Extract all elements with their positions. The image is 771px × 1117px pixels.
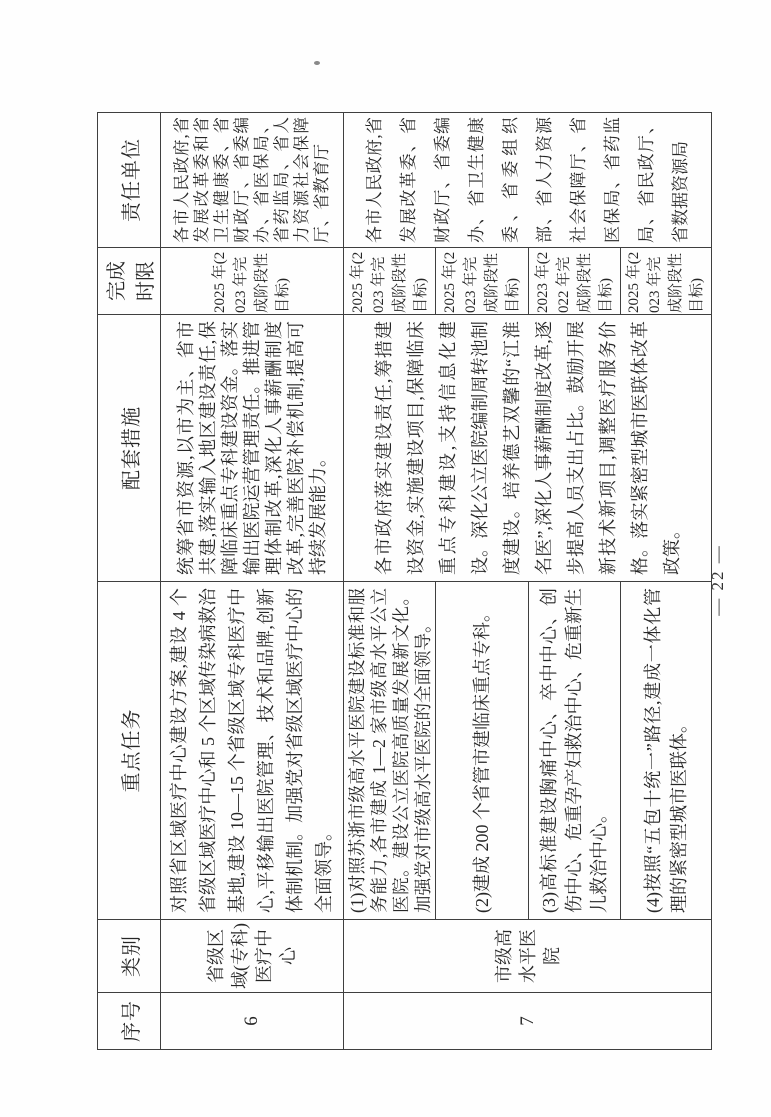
cell-deadline-6: 2025 年(2023 年完成阶段性目标) bbox=[161, 248, 344, 315]
col-header-serial: 序号 bbox=[98, 993, 161, 1050]
col-header-deadline: 完成时限 bbox=[98, 248, 161, 315]
cell-measures-7: 各市政府落实建设责任,筹措建设资金,实施建设项目,保障临床重点专科建设,支持信息… bbox=[344, 315, 712, 582]
header-row: 序号 类别 重点任务 配套措施 完成时限 责任单位 bbox=[98, 113, 161, 1050]
cell-deadline-7-4: 2025 年(2023 年完成阶段性目标) bbox=[621, 248, 712, 315]
cell-deadline-7-2: 2025 年(2023 年完成阶段性目标) bbox=[436, 248, 529, 315]
cell-deadline-7-3: 2023 年(2022 年完成阶段性目标) bbox=[529, 248, 621, 315]
cell-key-task-7-4: (4)按照“五包十统一”路径,建成一体化管理的紧密型城市医联体。 bbox=[621, 582, 712, 920]
cell-key-task-7-1: (1)对照苏浙市级高水平医院建设标准和服务能力,各市建成 1—2 家市级高水平公… bbox=[344, 582, 436, 920]
cell-responsible-7: 各市人民政府,省发展改革委、省财政厅、省委编办、省卫生健康委、省委组织部、省人力… bbox=[344, 113, 712, 248]
col-header-responsible: 责任单位 bbox=[98, 113, 161, 248]
table-row-7-sub-2: (2)建成 200 个省管市建临床重点专科。 2025 年(2023 年完成阶段… bbox=[436, 113, 529, 1050]
col-header-category: 类别 bbox=[98, 920, 161, 993]
cell-category-7: 市级高水平医院 bbox=[344, 920, 712, 993]
cell-serial-7: 7 bbox=[344, 993, 712, 1050]
page-number: — 22 — bbox=[708, 530, 728, 630]
cell-deadline-7-1: 2025 年(2023 年完成阶段性目标) bbox=[344, 248, 436, 315]
col-header-measures: 配套措施 bbox=[98, 315, 161, 582]
table-row-7-sub-3: (3)高标准建设胸痛中心、卒中中心、创伤中心、危重孕产妇救治中心、危重新生儿救治… bbox=[529, 113, 621, 1050]
cell-measures-6: 统筹省市资源,以市为主、省市共建,落实输入地区建设责任,保障临床重点专科建设资金… bbox=[161, 315, 344, 582]
table-row-6: 6 省级区域(专科)医疗中心 对照省区域医疗中心建设方案,建设 4 个省级区域医… bbox=[161, 113, 344, 1050]
task-table: 序号 类别 重点任务 配套措施 完成时限 责任单位 6 省级区域(专科)医疗中心… bbox=[97, 112, 712, 1050]
cell-category-6: 省级区域(专科)医疗中心 bbox=[161, 920, 344, 993]
table-row-7-sub-4: (4)按照“五包十统一”路径,建成一体化管理的紧密型城市医联体。 2025 年(… bbox=[621, 113, 712, 1050]
table-row-7-sub-1: 7 市级高水平医院 (1)对照苏浙市级高水平医院建设标准和服务能力,各市建成 1… bbox=[344, 113, 436, 1050]
cell-key-task-7-2: (2)建成 200 个省管市建临床重点专科。 bbox=[436, 582, 529, 920]
col-header-key-tasks: 重点任务 bbox=[98, 582, 161, 920]
cell-key-tasks-6: 对照省区域医疗中心建设方案,建设 4 个省级区域医疗中心和 5 个区域传染病救治… bbox=[161, 582, 344, 920]
cell-serial-6: 6 bbox=[161, 993, 344, 1050]
cell-key-task-7-3: (3)高标准建设胸痛中心、卒中中心、创伤中心、危重孕产妇救治中心、危重新生儿救治… bbox=[529, 582, 621, 920]
scanned-document-page: 序号 类别 重点任务 配套措施 完成时限 责任单位 6 省级区域(专科)医疗中心… bbox=[0, 0, 771, 1117]
cell-responsible-6: 各市人民政府,省发展改革委和省卫生健康委、省财政厅、省委编办、省医保局、省药监局… bbox=[161, 113, 344, 248]
scan-speck bbox=[314, 61, 320, 65]
rotated-table-content: 序号 类别 重点任务 配套措施 完成时限 责任单位 6 省级区域(专科)医疗中心… bbox=[0, 0, 771, 1117]
